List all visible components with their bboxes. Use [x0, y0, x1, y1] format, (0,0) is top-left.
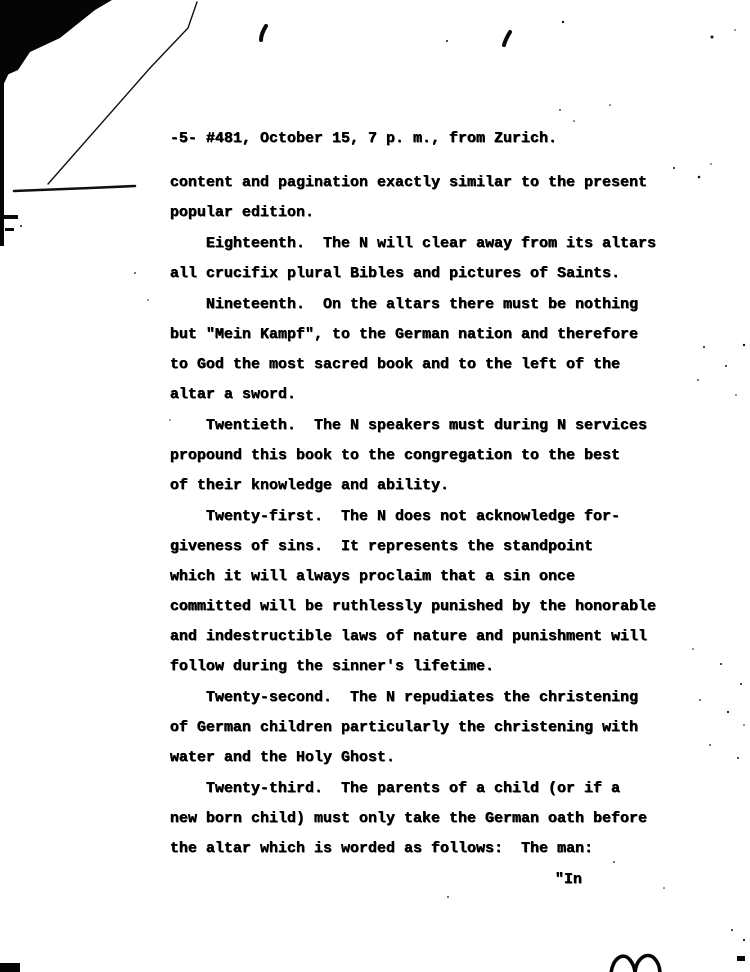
ink-mark-icon [261, 26, 510, 45]
text-line: all crucifix plural Bibles and pictures … [170, 259, 690, 289]
paragraph: Twenty-second. The N repudiates the chri… [170, 683, 690, 773]
text-line: popular edition. [170, 198, 690, 228]
text-line: altar a sword. [170, 380, 690, 410]
text-line: to God the most sacred book and to the l… [170, 350, 690, 380]
text-line: and indestructible laws of nature and pu… [170, 622, 690, 652]
text-line: Twentieth. The N speakers must during N … [170, 411, 690, 441]
text-line: committed will be ruthlessly punished by… [170, 592, 690, 622]
paragraph: Eighteenth. The N will clear away from i… [170, 229, 690, 289]
text-line: Eighteenth. The N will clear away from i… [170, 229, 690, 259]
paragraph: Twentieth. The N speakers must during N … [170, 411, 690, 501]
paragraph: Twenty-third. The parents of a child (or… [170, 774, 690, 864]
text-line: Nineteenth. On the altars there must be … [170, 290, 690, 320]
folded-page-corner-icon [0, 0, 112, 246]
text-line: of German children particularly the chri… [170, 713, 690, 743]
text-line: giveness of sins. It represents the stan… [170, 532, 690, 562]
text-line: new born child) must only take the Germa… [170, 804, 690, 834]
paragraph: content and pagination exactly similar t… [170, 168, 690, 228]
text-line: follow during the sinner's lifetime. [170, 652, 690, 682]
text-line: but "Mein Kampf", to the German nation a… [170, 320, 690, 350]
typed-text-block: -5- #481, October 15, 7 p. m., from Zuri… [170, 124, 690, 895]
document-body: content and pagination exactly similar t… [170, 168, 690, 864]
text-line: Twenty-second. The N repudiates the chri… [170, 683, 690, 713]
text-line: content and pagination exactly similar t… [170, 168, 690, 198]
text-line: the altar which is worded as follows: Th… [170, 834, 690, 864]
scanned-document-page: -5- #481, October 15, 7 p. m., from Zuri… [0, 0, 750, 972]
text-line: propound this book to the congregation t… [170, 441, 690, 471]
text-line: which it will always proclaim that a sin… [170, 562, 690, 592]
text-line: Twenty-first. The N does not acknowledge… [170, 502, 690, 532]
telegram-header: -5- #481, October 15, 7 p. m., from Zuri… [170, 124, 690, 154]
paragraph: Twenty-first. The N does not acknowledge… [170, 502, 690, 682]
bottom-edge-artifact [0, 963, 20, 972]
text-line: of their knowledge and ability. [170, 471, 690, 501]
text-line: water and the Holy Ghost. [170, 743, 690, 773]
handwritten-mark-icon [611, 956, 745, 972]
text-line: Twenty-third. The parents of a child (or… [170, 774, 690, 804]
continuation-fragment: "In [170, 865, 690, 895]
paragraph: Nineteenth. On the altars there must be … [170, 290, 690, 410]
